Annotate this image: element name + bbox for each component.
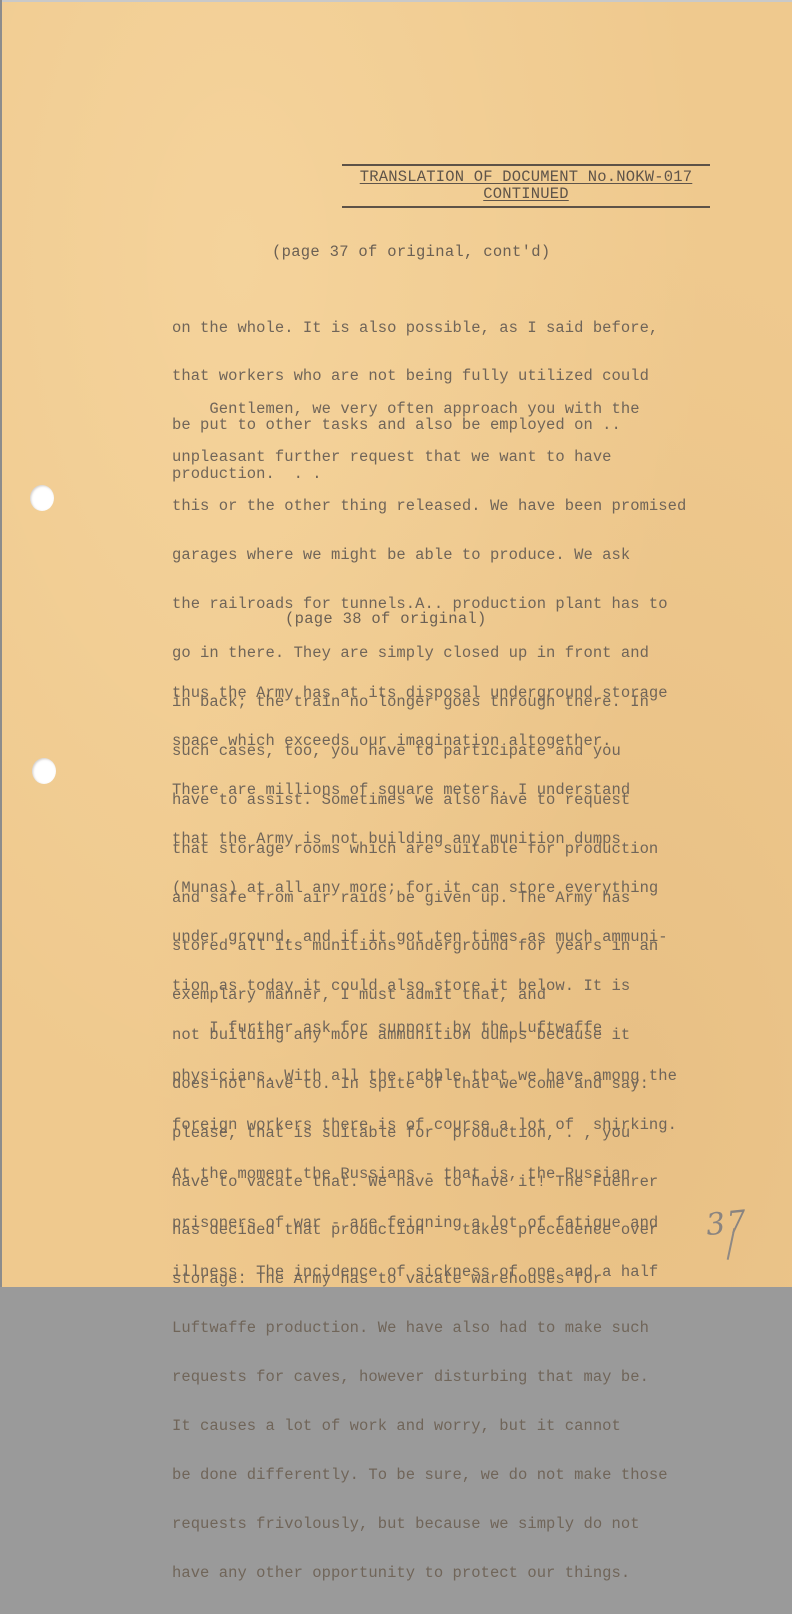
text-line: this or the other thing released. We hav…: [172, 498, 742, 514]
text-line: (Munas) at all any more; for it can stor…: [172, 880, 742, 896]
text-line: garages where we might be able to produc…: [172, 547, 742, 563]
document-subtitle: CONTINUED: [342, 186, 710, 203]
handwritten-page-number: 37: [704, 1204, 750, 1243]
punch-hole-lower: [32, 758, 56, 784]
text-line: under ground, and if it got ten times as…: [172, 929, 742, 945]
text-line: physicians. With all the rabble that we …: [172, 1068, 742, 1084]
page-marker-37: (page 37 of original, cont'd): [272, 243, 550, 261]
text-line: illness. The incidence of sickness of on…: [172, 1264, 742, 1280]
text-line: unpleasant further request that we want …: [172, 449, 742, 465]
text-line: There are millions of square meters. I u…: [172, 782, 742, 798]
text-line: that the Army is not building any muniti…: [172, 831, 742, 847]
text-line: At the moment the Russians - that is, th…: [172, 1166, 742, 1182]
page-marker-38: (page 38 of original): [285, 610, 487, 628]
punch-hole-upper: [30, 485, 54, 511]
text-line: foreign workers there is of course a lot…: [172, 1117, 742, 1133]
text-line: on the whole. It is also possible, as I …: [172, 320, 742, 336]
text-line: space which exceeds our imagination alto…: [172, 733, 742, 749]
document-header: TRANSLATION OF DOCUMENT No.NOKW-017 CONT…: [342, 164, 710, 208]
text-line: thus the Army has at its disposal underg…: [172, 685, 742, 701]
document-page: TRANSLATION OF DOCUMENT No.NOKW-017 CONT…: [0, 0, 792, 1287]
text-line: prisoners of war - are feigning a lot of…: [172, 1215, 742, 1231]
paragraph-4: I further ask for support by the Luftwaf…: [172, 987, 742, 1287]
document-title: TRANSLATION OF DOCUMENT No.NOKW-017: [342, 169, 710, 186]
text-line: Gentlemen, we very often approach you wi…: [172, 401, 742, 417]
text-line: I further ask for support by the Luftwaf…: [172, 1020, 742, 1036]
